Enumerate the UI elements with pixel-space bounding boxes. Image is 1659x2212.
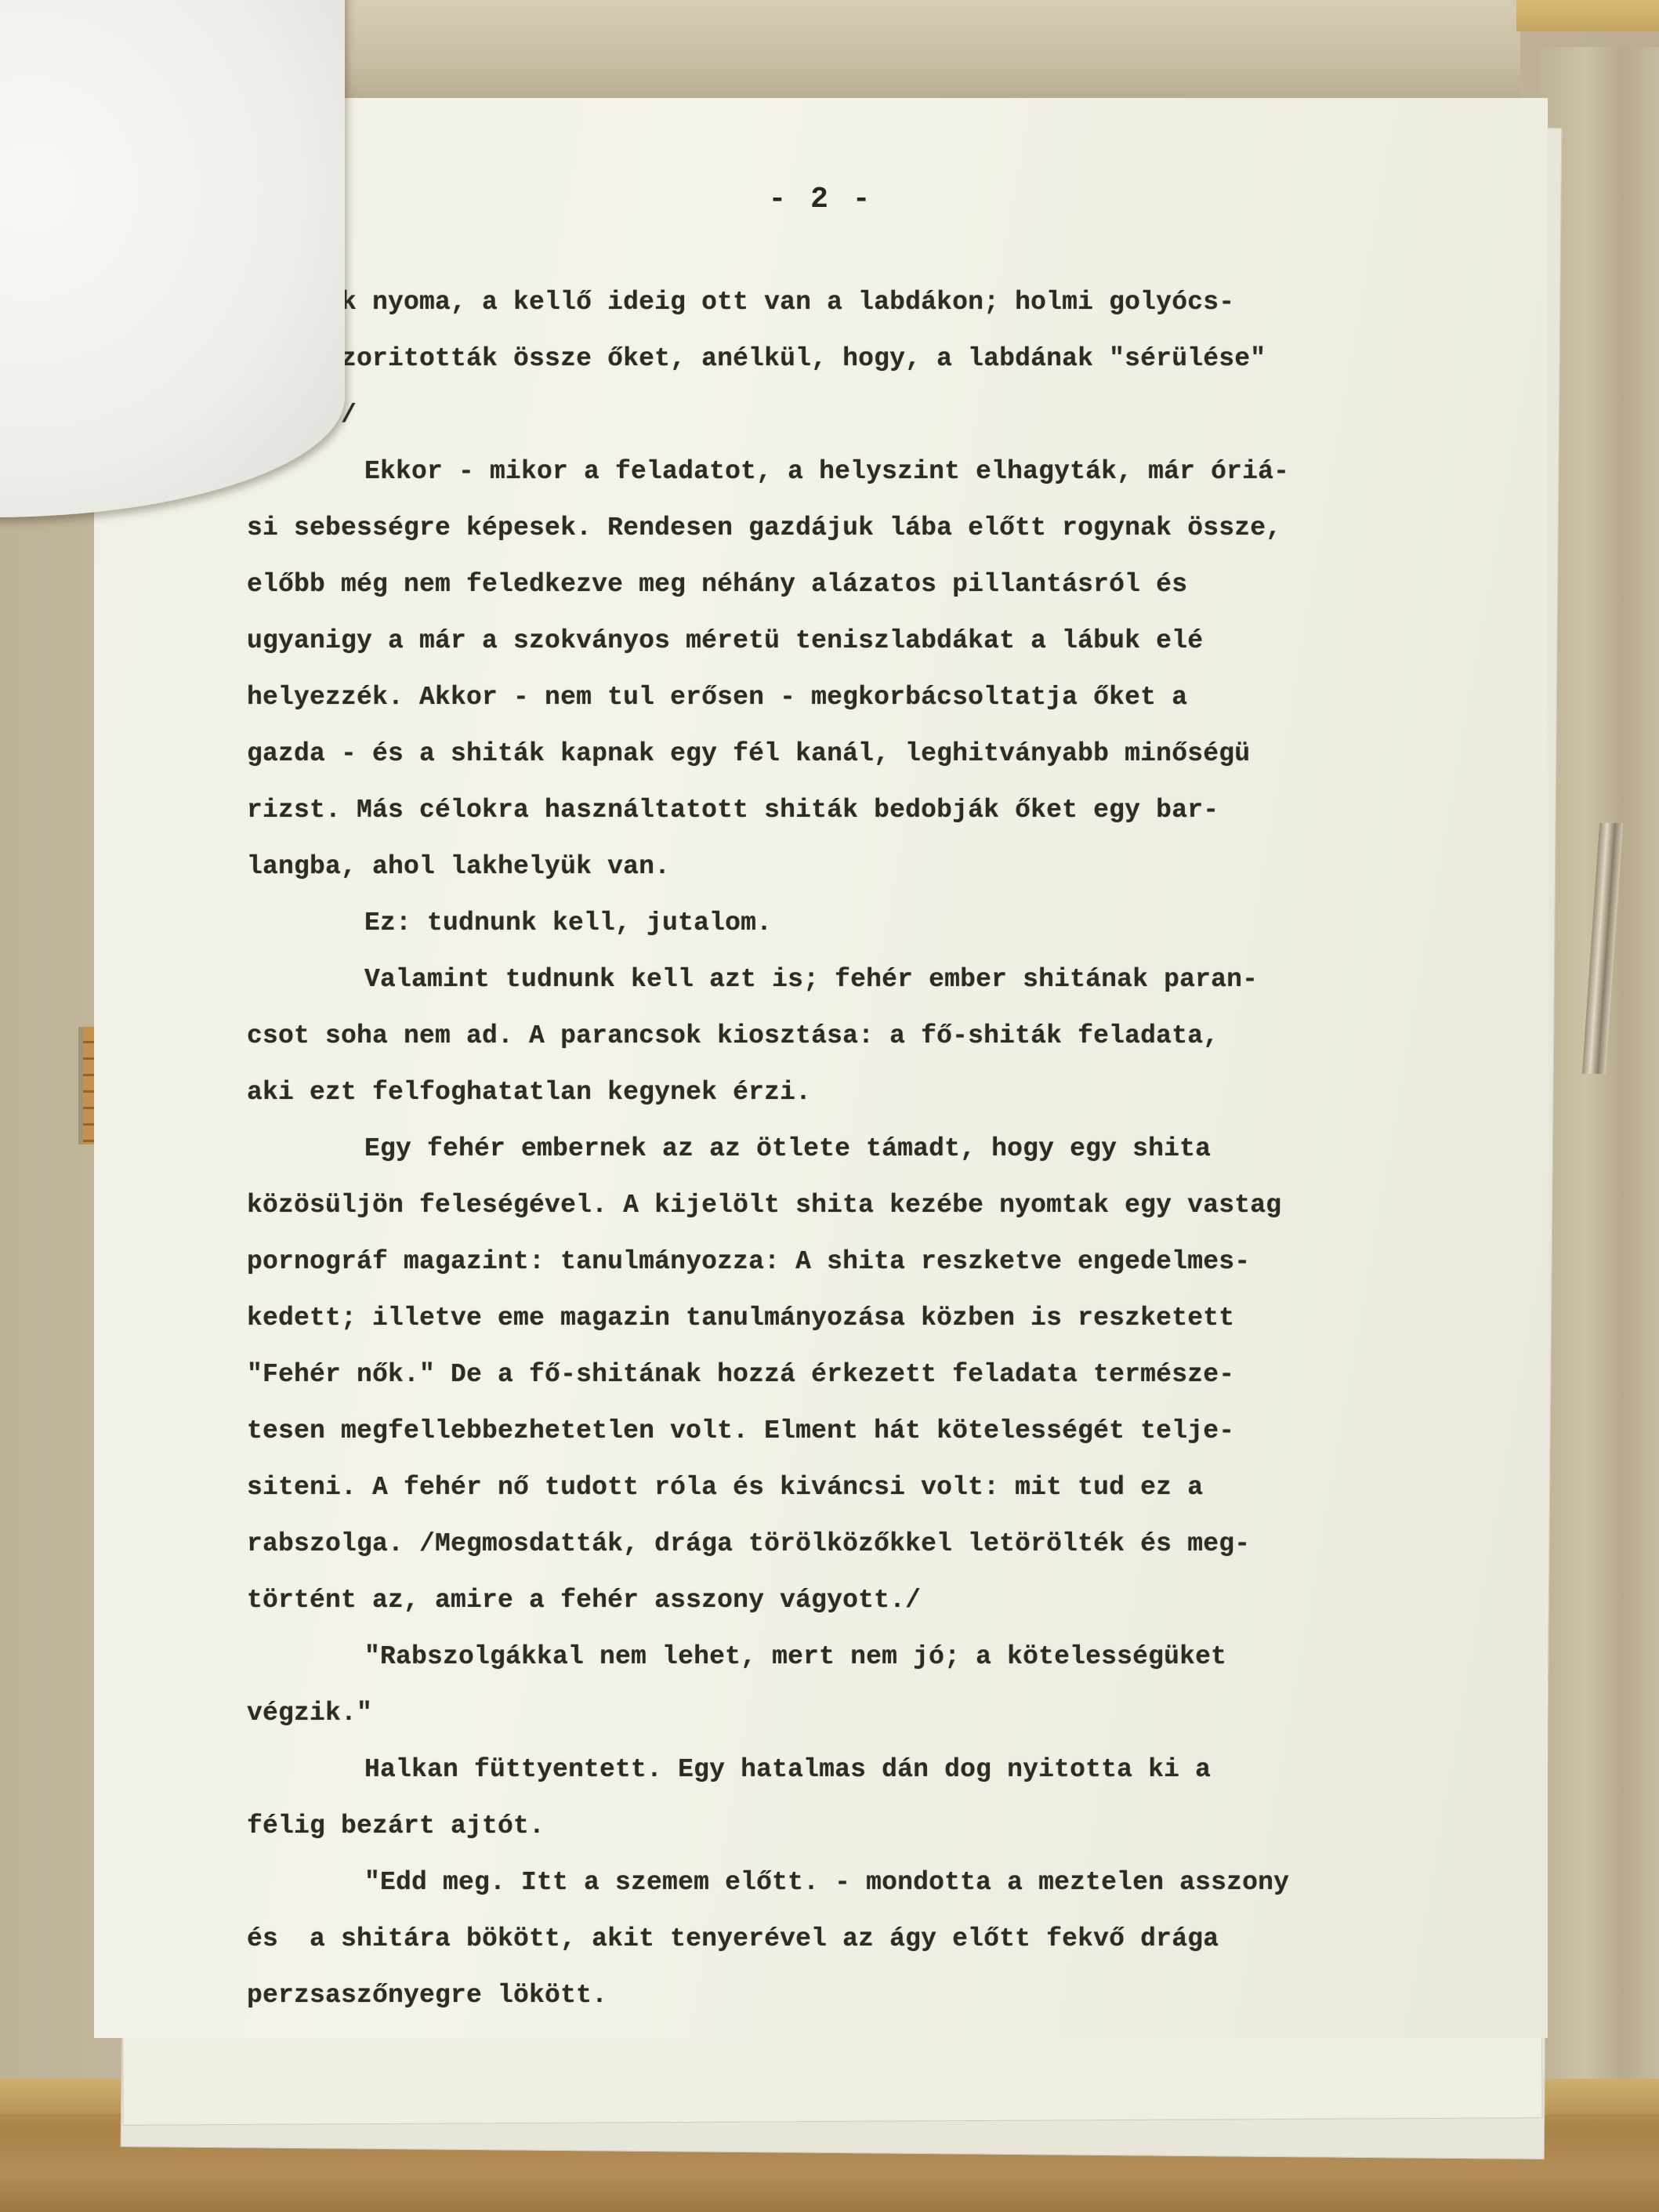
text-line: pornográf magazint: tanulmányozza: A shi… [247,1234,1532,1290]
text-line: kává szoritották össze őket, anélkül, ho… [247,331,1532,387]
text-line: aki ezt felfoghatatlan kegynek érzi. [247,1064,1532,1121]
curled-previous-page [0,0,345,517]
text-line: essék./ [247,387,1532,444]
text-line: gazda - és a shiták kapnak egy fél kanál… [247,726,1532,782]
text-line: Valamint tudnunk kell azt is; fehér embe… [247,952,1532,1008]
text-line: rabszolga. /Megmosdatták, drága törölköz… [247,1516,1532,1572]
folder-top-flap [345,0,1520,104]
typed-text-body: /Markuk nyoma, a kellő ideig ott van a l… [247,274,1532,2024]
text-line: "Fehér nők." De a fő-shitának hozzá érke… [247,1347,1532,1403]
text-line: közösüljön feleségével. A kijelölt shita… [247,1177,1532,1234]
text-line: helyezzék. Akkor - nem tul erősen - megk… [247,669,1532,726]
text-line: siteni. A fehér nő tudott róla és kivánc… [247,1460,1532,1516]
text-line: rizst. Más célokra használtatott shiták … [247,782,1532,839]
text-line: Halkan füttyentett. Egy hatalmas dán dog… [247,1742,1532,1798]
text-line: Egy fehér embernek az az ötlete támadt, … [247,1121,1532,1177]
text-line: perzsaszőnyegre lökött. [247,1967,1532,2024]
text-line: történt az, amire a fehér asszony vágyot… [247,1572,1532,1629]
text-line: végzik." [247,1685,1532,1742]
text-line: és a shitára bökött, akit tenyerével az … [247,1911,1532,1967]
text-line: "Edd meg. Itt a szemem előtt. - mondotta… [247,1855,1532,1911]
text-line: ugyanigy a már a szokványos méretü tenis… [247,613,1532,669]
text-line: Ez: tudnunk kell, jutalom. [247,895,1532,952]
folder-corner [1516,0,1659,31]
text-line: Ekkor - mikor a feladatot, a helyszint e… [247,444,1532,500]
text-line: előbb még nem feledkezve meg néhány aláz… [247,557,1532,613]
text-line: langba, ahol lakhelyük van. [247,839,1532,895]
text-line: félig bezárt ajtót. [247,1798,1532,1855]
text-line: si sebességre képesek. Rendesen gazdájuk… [247,500,1532,557]
text-line: "Rabszolgákkal nem lehet, mert nem jó; a… [247,1629,1532,1685]
text-line: tesen megfellebbezhetetlen volt. Elment … [247,1403,1532,1460]
text-line: /Markuk nyoma, a kellő ideig ott van a l… [247,274,1532,331]
text-line: csot soha nem ad. A parancsok kiosztása:… [247,1008,1532,1064]
text-line: kedett; illetve eme magazin tanulmányozá… [247,1290,1532,1347]
